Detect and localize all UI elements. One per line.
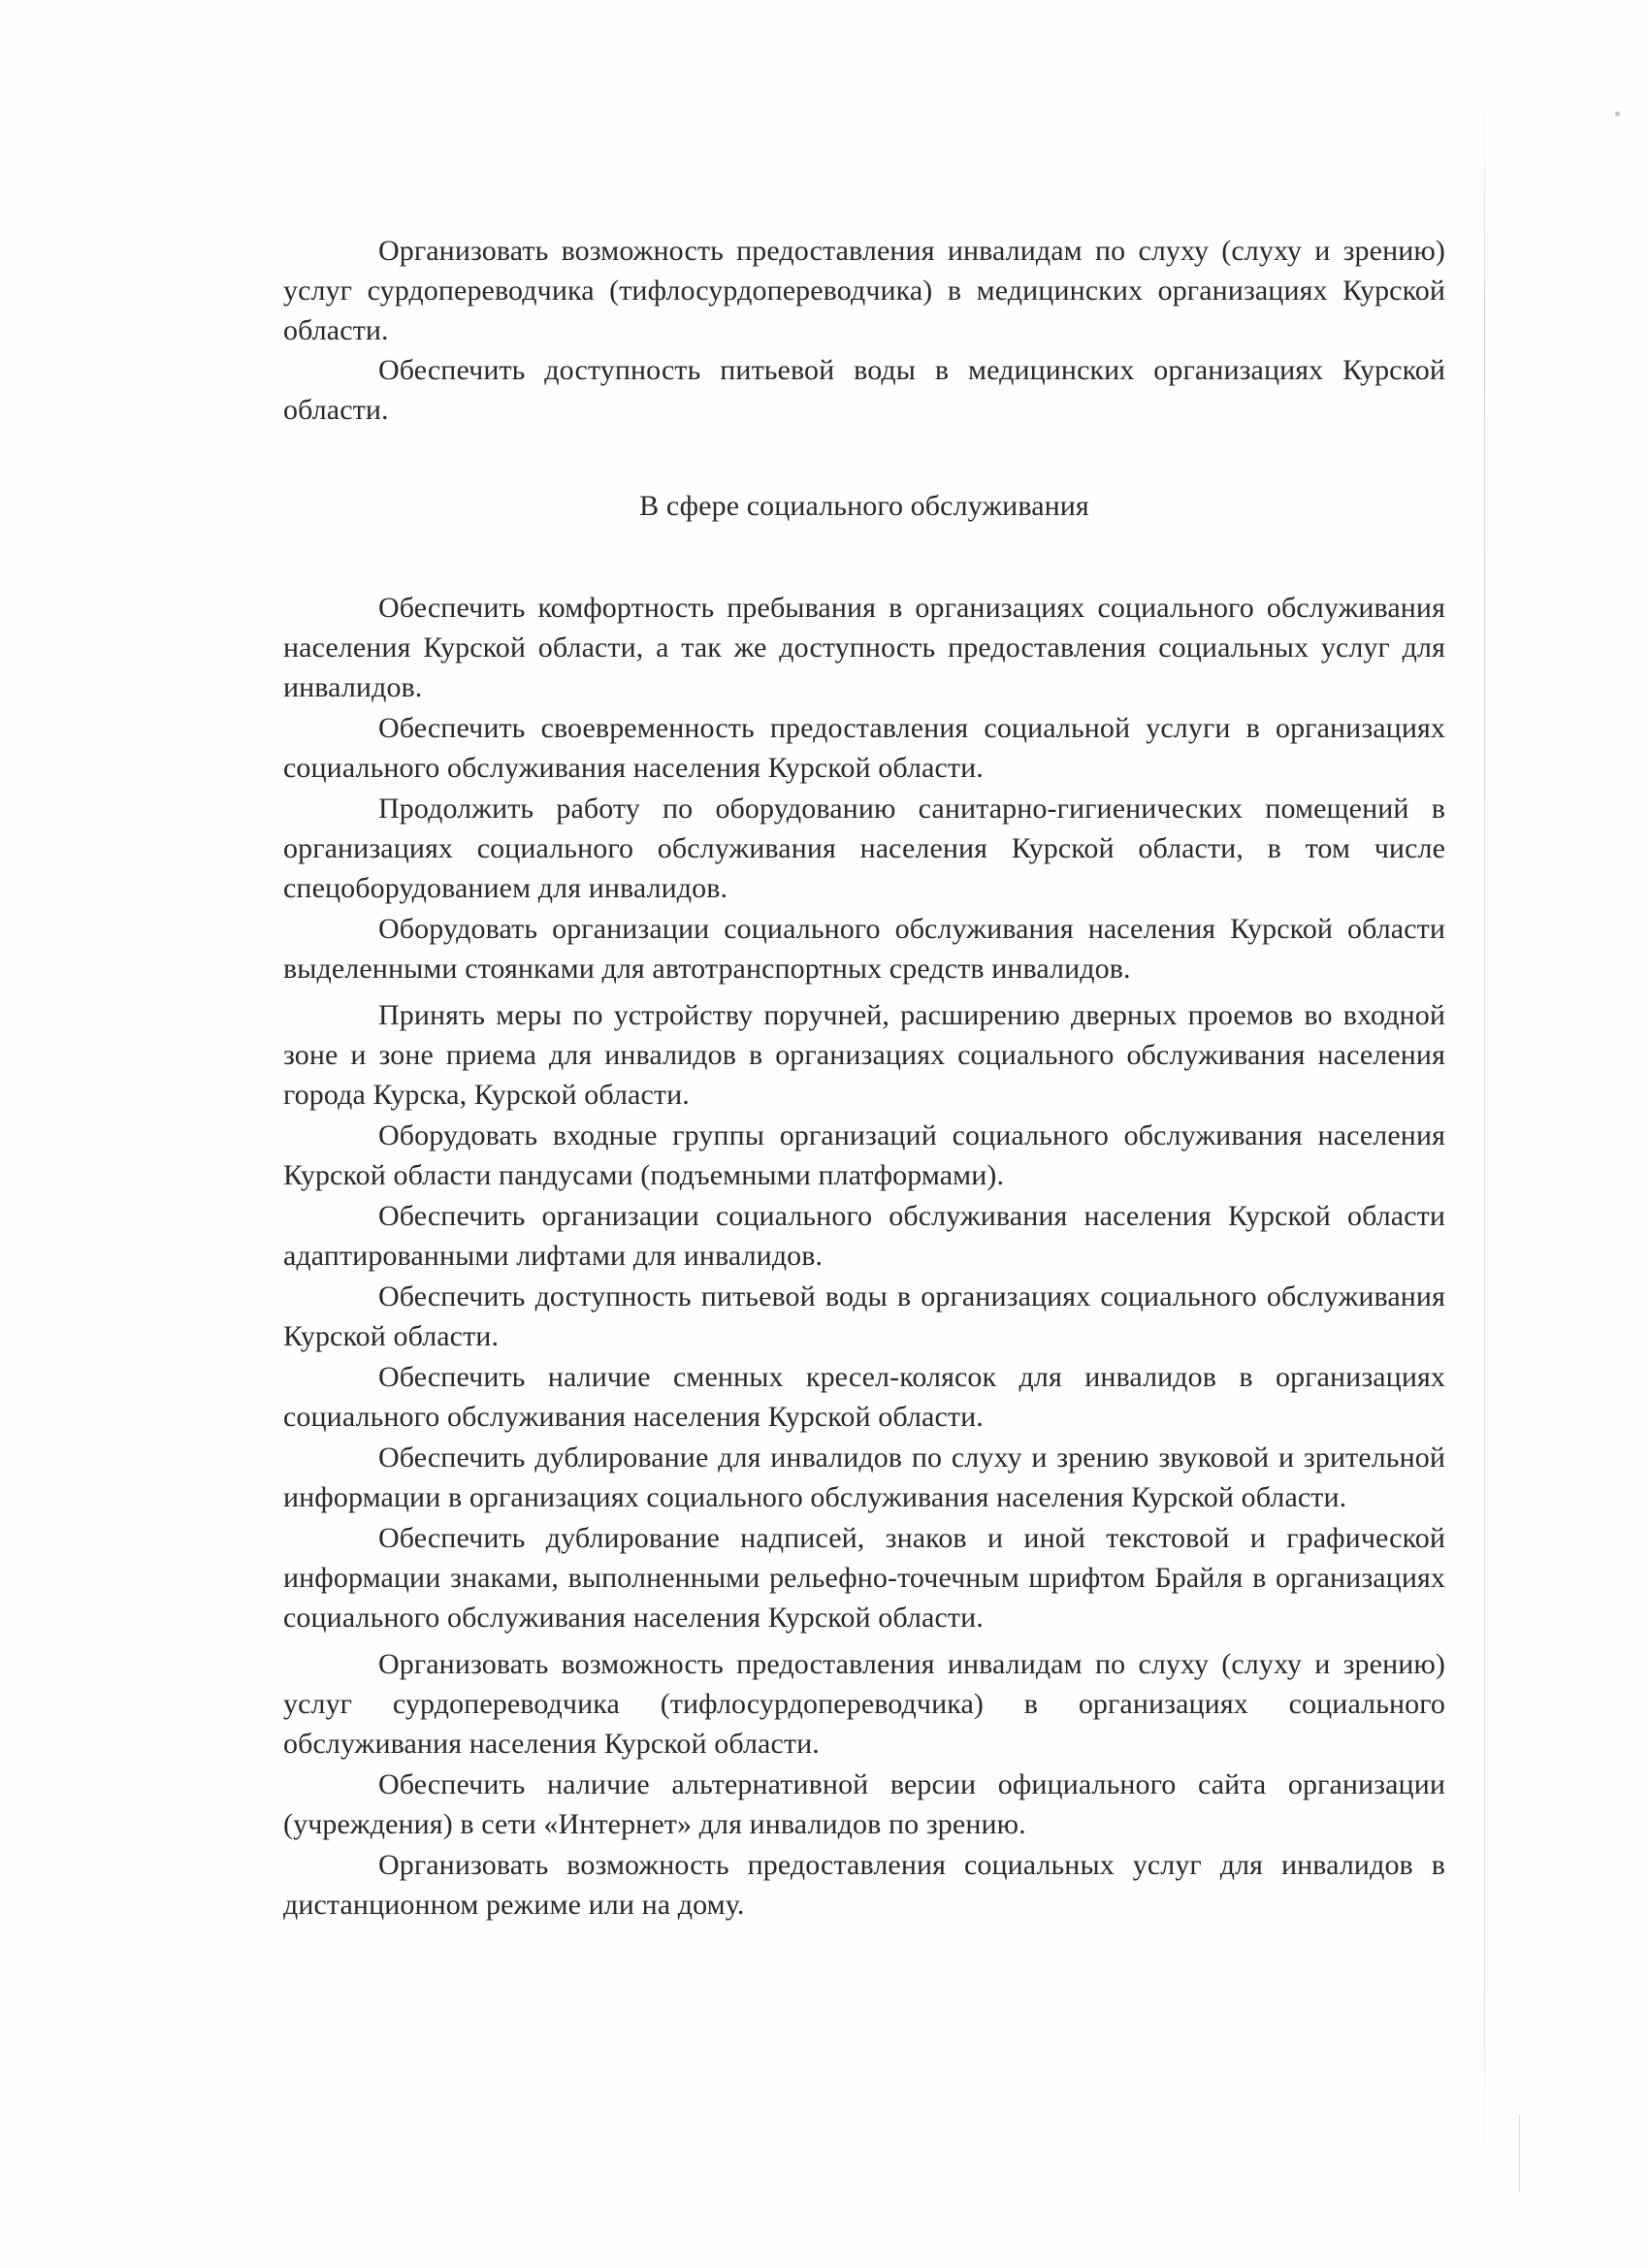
section-paragraphs: Обеспечить комфортность пребывания в орг… — [283, 588, 1445, 1925]
paragraph: Оборудовать организации социального обсл… — [283, 909, 1445, 988]
paragraph: Обеспечить доступность питьевой воды в о… — [283, 1277, 1445, 1356]
paragraph-intro-2: Обеспечить доступность питьевой воды в м… — [283, 350, 1445, 430]
paragraph-intro-1: Организовать возможность предоставления … — [283, 231, 1445, 350]
document-body: Организовать возможность предоставления … — [283, 231, 1445, 1925]
paragraph: Принять меры по устройству поручней, рас… — [283, 995, 1445, 1115]
paragraph: Организовать возможность предоставления … — [283, 1644, 1445, 1764]
paragraph: Обеспечить дублирование для инвалидов по… — [283, 1438, 1445, 1517]
scan-fold-line — [1484, 87, 1485, 2183]
section-heading: В сфере социального обслуживания — [283, 486, 1445, 526]
paragraph: Обеспечить комфортность пребывания в орг… — [283, 588, 1445, 707]
scanned-page: Организовать возможность предоставления … — [0, 0, 1649, 2268]
paragraph: Обеспечить дублирование надписей, знаков… — [283, 1518, 1445, 1637]
paragraph: Обеспечить наличие сменных кресел-колясо… — [283, 1357, 1445, 1437]
paragraph: Продолжить работу по оборудованию санита… — [283, 789, 1445, 908]
paragraph: Оборудовать входные группы организаций с… — [283, 1116, 1445, 1195]
paragraph: Обеспечить наличие альтернативной версии… — [283, 1765, 1445, 1844]
paragraph: Организовать возможность предоставления … — [283, 1845, 1445, 1925]
scan-speck — [1615, 112, 1620, 116]
paragraph: Обеспечить своевременность предоставлени… — [283, 708, 1445, 788]
paragraph: Обеспечить организации социального обслу… — [283, 1196, 1445, 1276]
scan-artifact-line — [1519, 2115, 1520, 2192]
